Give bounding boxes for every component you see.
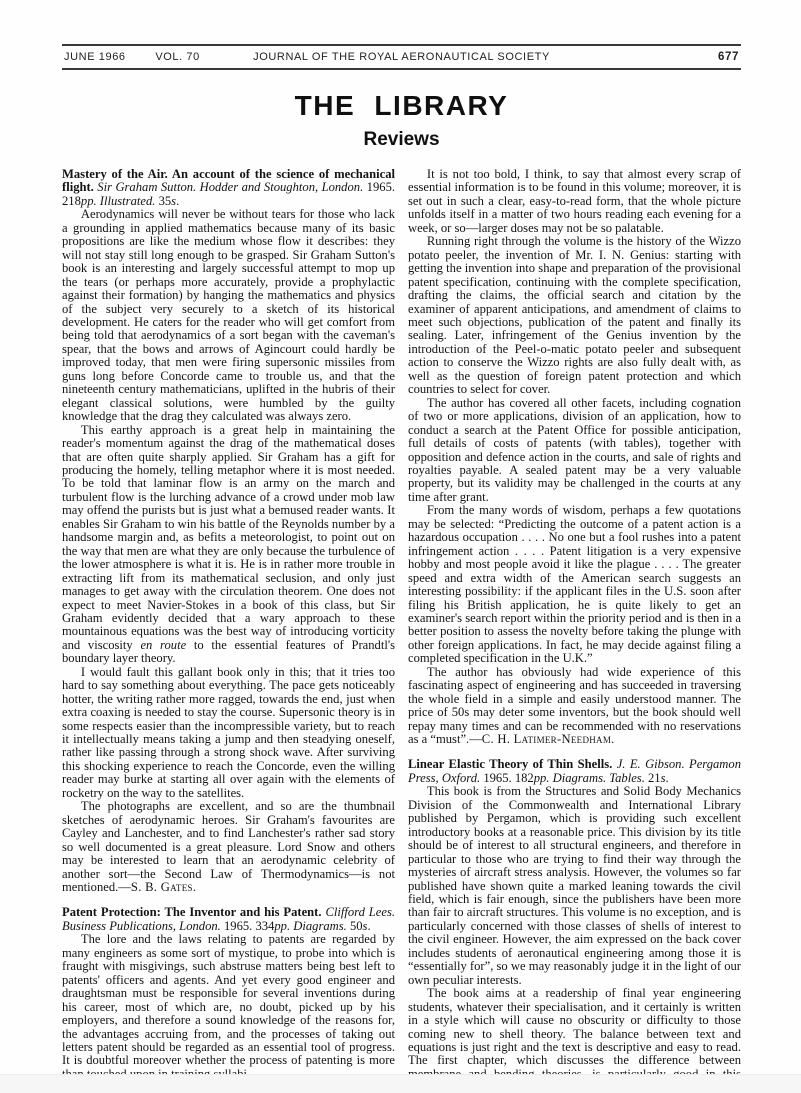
header-journal-name: JOURNAL OF THE ROYAL AERONAUTICAL SOCIET…: [234, 51, 569, 63]
left-column: Mastery of the Air. An account of the sc…: [62, 168, 395, 1093]
text-segment: It is not too bold, I think, to say that…: [408, 167, 741, 235]
text-segment: C. H. Latimer-Needham: [482, 732, 611, 746]
text-segment: pp. Diagrams. Tables.: [534, 771, 648, 785]
journal-page: JUNE 1966 VOL. 70 JOURNAL OF THE ROYAL A…: [0, 0, 801, 1093]
review-paragraph: Running right through the volume is the …: [408, 235, 741, 396]
review-paragraph: The author has obviously had wide experi…: [408, 666, 741, 747]
text-segment: .: [176, 194, 179, 208]
text-segment: Patent Protection: The Inventor and his …: [62, 905, 325, 919]
review-paragraph: It is not too bold, I think, to say that…: [408, 168, 741, 235]
text-segment: 1965. 334: [224, 919, 274, 933]
text-segment: pp. Illustrated.: [81, 194, 159, 208]
text-segment: Sir Graham Sutton. Hodder and Stoughton,…: [97, 180, 366, 194]
text-segment: .: [367, 919, 370, 933]
text-segment: .: [193, 880, 196, 894]
right-column: It is not too bold, I think, to say that…: [408, 168, 741, 1093]
review-heading: Linear Elastic Theory of Thin Shells. J.…: [408, 758, 741, 785]
text-segment: 21: [648, 771, 661, 785]
text-segment: en route: [140, 638, 186, 652]
review-paragraph: The author has covered all other facets,…: [408, 397, 741, 505]
text-segment: I would fault this gallant book only in …: [62, 665, 395, 800]
page-bottom-edge: [0, 1074, 801, 1093]
text-segment: This book is from the Structures and Sol…: [408, 784, 741, 986]
text-segment: .: [666, 771, 669, 785]
page-subtitle: Reviews: [62, 129, 741, 151]
review-paragraph: This earthy approach is a great help in …: [62, 424, 395, 666]
text-segment: pp. Diagrams.: [274, 919, 350, 933]
header-date: JUNE 1966: [64, 51, 126, 63]
text-segment: S. B. Gates: [131, 880, 193, 894]
text-segment: .: [611, 732, 614, 746]
review-paragraph: This book is from the Structures and Sol…: [408, 785, 741, 987]
text-segment: 50: [350, 919, 363, 933]
review-heading: Mastery of the Air. An account of the sc…: [62, 168, 395, 208]
text-segment: This earthy approach is a great help in …: [62, 423, 395, 652]
text-segment: The lore and the laws relating to patent…: [62, 932, 395, 1081]
text-segment: The photographs are excellent, and so ar…: [62, 799, 395, 894]
review-heading: Patent Protection: The Inventor and his …: [62, 906, 395, 933]
review-paragraph: The lore and the laws relating to patent…: [62, 933, 395, 1081]
text-segment: Aerodynamics will never be without tears…: [62, 207, 395, 423]
text-segment: 1965. 182: [483, 771, 533, 785]
text-segment: The author has covered all other facets,…: [408, 396, 741, 504]
review-paragraph: Aerodynamics will never be without tears…: [62, 208, 395, 423]
review-paragraph: From the many words of wisdom, perhaps a…: [408, 504, 741, 665]
header-issue: JUNE 1966 VOL. 70: [64, 51, 234, 63]
header-volume: VOL. 70: [155, 51, 200, 63]
text-segment: Linear Elastic Theory of Thin Shells.: [408, 757, 617, 771]
text-segment: From the many words of wisdom, perhaps a…: [408, 503, 741, 665]
page-title: THE LIBRARY: [62, 90, 741, 122]
running-header: JUNE 1966 VOL. 70 JOURNAL OF THE ROYAL A…: [62, 44, 741, 70]
review-columns: Mastery of the Air. An account of the sc…: [62, 168, 741, 1093]
text-segment: 35: [159, 194, 172, 208]
page-content: JUNE 1966 VOL. 70 JOURNAL OF THE ROYAL A…: [0, 0, 801, 1093]
header-page-number: 677: [569, 51, 739, 63]
review-paragraph: I would fault this gallant book only in …: [62, 666, 395, 801]
text-segment: Running right through the volume is the …: [408, 234, 741, 396]
review-paragraph: The photographs are excellent, and so ar…: [62, 800, 395, 894]
